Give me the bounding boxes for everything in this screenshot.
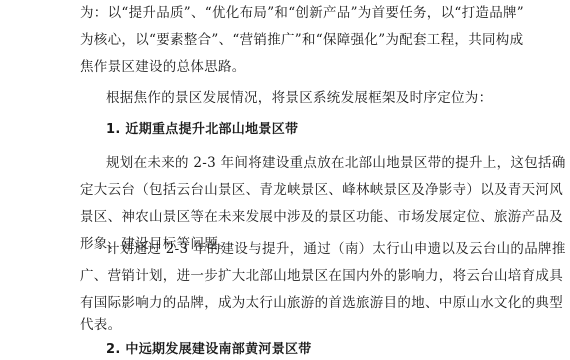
s1-p2-line-1: 计划通过 2-3 年的建设与提升，通过（南）太行山申遗以及云台山的品牌推 — [106, 241, 566, 257]
s1-p1-line-3: 景区、神农山景区等在未来发展中涉及的景区功能、市场发展定位、旅游产品及 — [80, 209, 563, 225]
positioning-sentence: 根据焦作的景区发展情况，将景区系统发展框架及时序定位为： — [106, 90, 492, 106]
s1-p2-line-2: 广、营销计划，进一步扩大北部山地景区在国内外的影响力，将云台山培育成具 — [80, 268, 563, 284]
intro-line-1: 为：以“提升品质”、“优化布局”和“创新产品”为首要任务，以“打造品牌” — [80, 5, 524, 21]
intro-line-2: 为核心，以“要素整合”、“营销推广”和“保障强化”为配套工程，共同构成 — [80, 32, 523, 48]
section-1-heading: 1. 近期重点提升北部山地景区带 — [106, 122, 298, 138]
s1-p2-line-3: 有国际影响力的品牌，成为太行山旅游的首选旅游目的地、中原山水文化的典型 — [80, 295, 563, 311]
intro-line-3: 焦作景区建设的总体思路。 — [80, 59, 246, 75]
s1-p2-line-4: 代表。 — [80, 317, 121, 333]
s1-p1-line-1: 规划在未来的 2-3 年间将建设重点放在北部山地景区带的提升上，这包括确 — [106, 155, 566, 171]
section-2-heading: 2. 中远期发展建设南部黄河景区带 — [106, 342, 312, 358]
s1-p1-line-2: 定大云台（包括云台山景区、青龙峡景区、峰林峡景区及净影寺）以及青天河风 — [80, 182, 563, 198]
